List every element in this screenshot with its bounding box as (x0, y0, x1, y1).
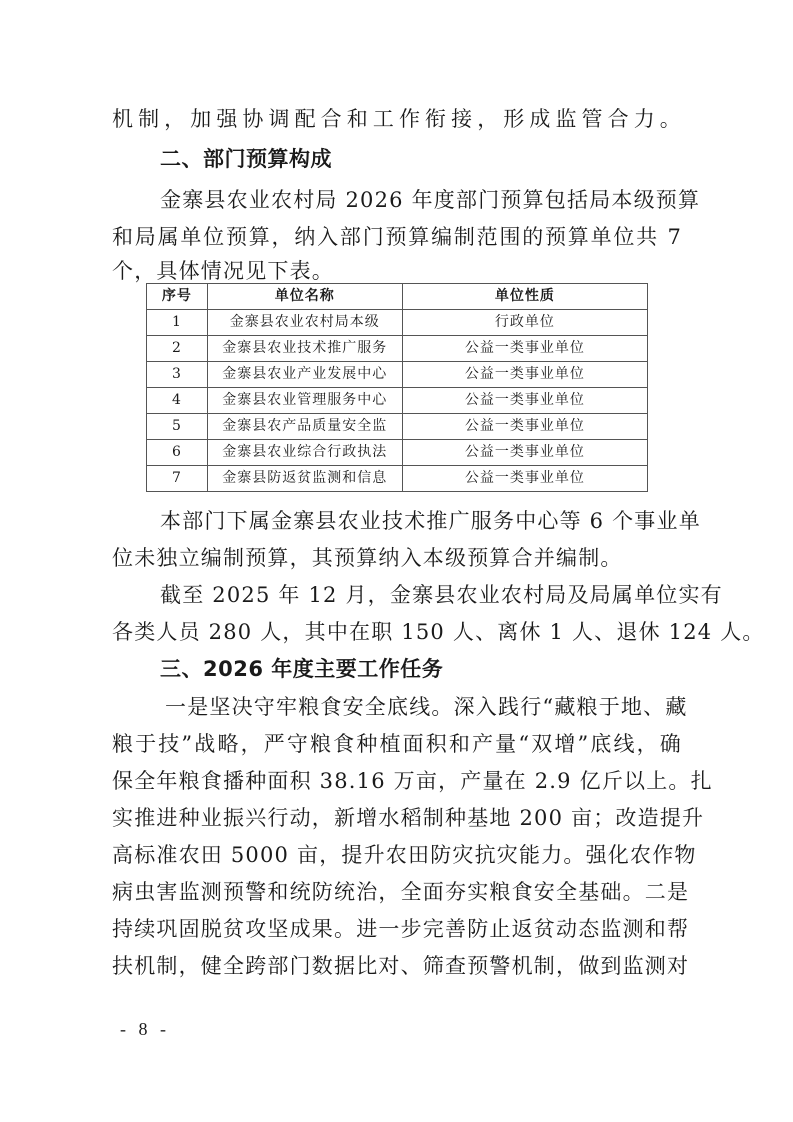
cell-index: 5 (147, 414, 208, 440)
cell-unit-name: 金寨县防返贫监测和信息 (207, 466, 402, 492)
table-row: 7 金寨县防返贫监测和信息 公益一类事业单位 (147, 466, 648, 492)
paragraph-line: 实推进种业振兴行动，新增水稻制种基地 200 亩；改造提升 (112, 803, 682, 833)
table-row: 2 金寨县农业技术推广服务 公益一类事业单位 (147, 336, 648, 362)
paragraph-line: 和局属单位预算，纳入部门预算编制范围的预算单位共 7 (112, 222, 682, 252)
cell-unit-name: 金寨县农业管理服务中心 (207, 388, 402, 414)
cell-index: 1 (147, 310, 208, 336)
section-heading-3: 三、2026 年度主要工作任务 (160, 654, 682, 684)
cell-unit-name: 金寨县农业综合行政执法 (207, 440, 402, 466)
table-row: 3 金寨县农业产业发展中心 公益一类事业单位 (147, 362, 648, 388)
paragraph-line: 金寨县农业农村局 2026 年度部门预算包括局本级预算 (160, 185, 682, 215)
cell-index: 4 (147, 388, 208, 414)
paragraph-line: 粮于技”战略，严守粮食种植面积和产量“双增”底线，确 (112, 729, 682, 759)
cell-unit-type: 行政单位 (402, 310, 647, 336)
cell-unit-type: 公益一类事业单位 (402, 388, 647, 414)
table-row: 1 金寨县农业农村局本级 行政单位 (147, 310, 648, 336)
header-index: 序号 (147, 284, 208, 310)
section-heading-2: 二、部门预算构成 (160, 144, 682, 174)
paragraph-line: 本部门下属金寨县农业技术推广服务中心等 6 个事业单 (160, 506, 682, 536)
paragraph-line: 个，具体情况见下表。 (112, 256, 682, 286)
paragraph-line: 截至 2025 年 12 月，金寨县农业农村局及局属单位实有 (160, 580, 682, 610)
cell-index: 6 (147, 440, 208, 466)
page-number: - 8 - (120, 1019, 170, 1040)
cell-unit-name: 金寨县农业技术推广服务 (207, 336, 402, 362)
cell-unit-type: 公益一类事业单位 (402, 362, 647, 388)
table-header-row: 序号 单位名称 单位性质 (147, 284, 648, 310)
paragraph-line: 保全年粮食播种面积 38.16 万亩，产量在 2.9 亿斤以上。扎 (112, 766, 682, 796)
table-row: 5 金寨县农产品质量安全监 公益一类事业单位 (147, 414, 648, 440)
header-unit-name: 单位名称 (207, 284, 402, 310)
cell-index: 7 (147, 466, 208, 492)
cell-unit-type: 公益一类事业单位 (402, 414, 647, 440)
header-unit-type: 单位性质 (402, 284, 647, 310)
table-row: 4 金寨县农业管理服务中心 公益一类事业单位 (147, 388, 648, 414)
cell-unit-type: 公益一类事业单位 (402, 336, 647, 362)
cell-unit-name: 金寨县农产品质量安全监 (207, 414, 402, 440)
cell-index: 3 (147, 362, 208, 388)
cell-unit-type: 公益一类事业单位 (402, 440, 647, 466)
paragraph-line: 一是坚决守牢粮食安全底线。深入践行“藏粮于地、藏 (165, 692, 682, 722)
table-row: 6 金寨县农业综合行政执法 公益一类事业单位 (147, 440, 648, 466)
paragraph-line: 持续巩固脱贫攻坚成果。进一步完善防止返贫动态监测和帮 (112, 914, 682, 944)
cell-index: 2 (147, 336, 208, 362)
paragraph-line: 机制，加强协调配合和工作衔接，形成监管合力。 (112, 104, 682, 134)
paragraph-line: 扶机制，健全跨部门数据比对、筛查预警机制，做到监测对 (112, 951, 682, 981)
budget-units-table: 序号 单位名称 单位性质 1 金寨县农业农村局本级 行政单位 2 金寨县农业技术… (146, 283, 648, 492)
cell-unit-name: 金寨县农业农村局本级 (207, 310, 402, 336)
paragraph-line: 位未独立编制预算，其预算纳入本级预算合并编制。 (112, 543, 682, 573)
paragraph-line: 各类人员 280 人，其中在职 150 人、离休 1 人、退休 124 人。 (112, 617, 682, 647)
paragraph-line: 高标准农田 5000 亩，提升农田防灾抗灾能力。强化农作物 (112, 840, 682, 870)
cell-unit-name: 金寨县农业产业发展中心 (207, 362, 402, 388)
cell-unit-type: 公益一类事业单位 (402, 466, 647, 492)
paragraph-line: 病虫害监测预警和统防统治，全面夯实粮食安全基础。二是 (112, 877, 682, 907)
